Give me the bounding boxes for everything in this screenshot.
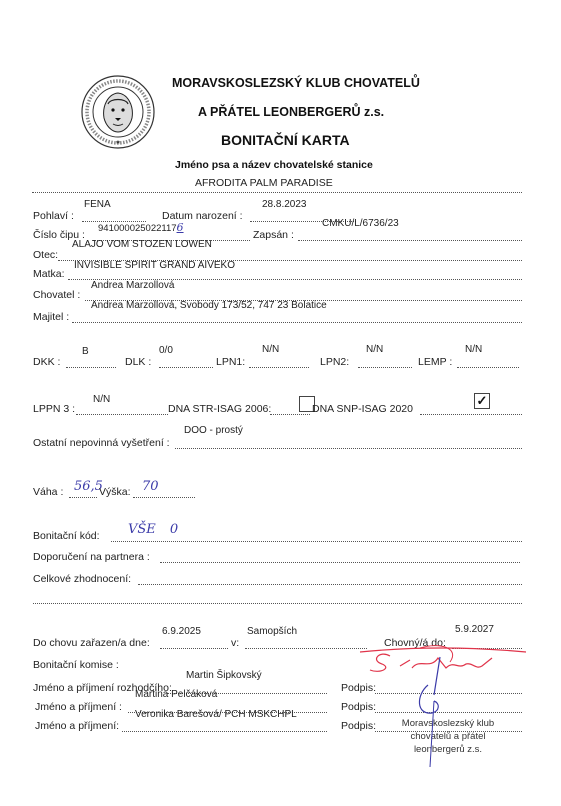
chip-handwritten-digit: 6	[177, 221, 184, 234]
dlk-label: DLK :	[125, 356, 151, 368]
dna-snp-label: DNA SNP-ISAG 2020	[312, 403, 413, 415]
breeding-date-line	[160, 648, 228, 649]
lpn2-line	[358, 367, 412, 368]
member3-name: Veronika Barešová/ PCH MSKCHPL	[135, 709, 297, 720]
overall-line-2	[33, 603, 522, 604]
chip-number: 941000025022117	[98, 223, 177, 234]
member2-label: Jméno a příjmení :	[35, 701, 122, 713]
chip-value: 9410000250221176	[98, 221, 184, 234]
dog-name: AFRODITA PALM PARADISE	[195, 177, 333, 189]
registered-line	[298, 240, 522, 241]
bonitation-code-value: VŠE 0	[128, 522, 178, 537]
lppn3-line	[76, 414, 168, 415]
lemp-line	[457, 367, 519, 368]
dkk-line	[66, 367, 116, 368]
lpn2-value: N/N	[366, 344, 383, 355]
height-line	[133, 497, 195, 498]
lpn1-label: LPN1:	[216, 356, 245, 368]
sire-value: ALAJO VOM STOZEN LOWEN	[72, 239, 212, 250]
club-seal-leonberger-icon: ✱	[80, 74, 156, 150]
club-logo: ✱	[80, 74, 156, 150]
judge-name: Martin Šipkovský	[186, 670, 262, 681]
height-label: Výška:	[99, 486, 131, 498]
sex-value: FENA	[84, 199, 111, 210]
breeding-date-value: 6.9.2025	[162, 626, 201, 637]
dog-name-line	[32, 192, 522, 193]
owner-value: Andrea Marzollová, Svobody 173/52, 747 2…	[91, 300, 327, 311]
breeder-label: Chovatel :	[33, 289, 80, 301]
dog-name-label: Jméno psa a název chovatelské stanice	[175, 159, 373, 171]
registered-label: Zapsán :	[253, 229, 294, 241]
height-value: 70	[142, 479, 159, 494]
dna-str-label: DNA STR-ISAG 2006:	[168, 403, 271, 415]
breeding-until-value: 5.9.2027	[455, 624, 494, 635]
dam-label: Matka:	[33, 268, 65, 280]
other-tests-label: Ostatní nepovinná vyšetření :	[33, 437, 170, 449]
svg-text:✱: ✱	[116, 140, 120, 146]
partner-label: Doporučení na partnera :	[33, 551, 150, 563]
lpn2-label: LPN2:	[320, 356, 349, 368]
breeding-place-value: Samopších	[247, 626, 297, 637]
club-name-line2: A PŘÁTEL LEONBERGERŮ z.s.	[198, 105, 384, 119]
blue-signature-icon	[410, 655, 450, 775]
member2-signature-label: Podpis:	[341, 701, 376, 713]
dkk-value: B	[82, 346, 89, 357]
dna-snp-line	[420, 414, 522, 415]
overall-line	[138, 584, 522, 585]
member3-signature-label: Podpis:	[341, 720, 376, 732]
owner-label: Majitel :	[33, 311, 69, 323]
dob-value: 28.8.2023	[262, 199, 307, 210]
committee-title: Bonitační komise :	[33, 659, 119, 671]
club-name-line1: MORAVSKOSLEZSKÝ KLUB CHOVATELŮ	[172, 76, 420, 90]
dkk-label: DKK :	[33, 356, 60, 368]
breeding-place-line	[245, 648, 367, 649]
lppn3-label: LPPN 3 :	[33, 403, 75, 415]
dna-snp-checkbox[interactable]: ✓	[474, 393, 490, 409]
dlk-line	[159, 367, 213, 368]
other-tests-value: DOO - prostý	[184, 425, 243, 436]
lemp-label: LEMP :	[418, 356, 452, 368]
lpn1-line	[249, 367, 309, 368]
bonitation-code-line	[111, 541, 522, 542]
lpn1-value: N/N	[262, 344, 279, 355]
member3-line	[122, 731, 327, 732]
bonitation-code-label: Bonitační kód:	[33, 530, 100, 542]
overall-label: Celkové zhodnocení:	[33, 573, 131, 585]
dna-str-line	[270, 414, 310, 415]
breeder-value: Andrea Marzollová	[91, 280, 174, 291]
registered-value: CMKU/L/6736/23	[322, 218, 399, 229]
member3-label: Jméno a příjmení:	[35, 720, 119, 732]
owner-line	[72, 322, 522, 323]
judge-signature-label: Podpis:	[341, 682, 376, 694]
breeding-date-label: Do chovu zařazen/a dne:	[33, 637, 150, 649]
breeding-place-label: v:	[231, 637, 239, 649]
document-title: BONITAČNÍ KARTA	[221, 132, 350, 148]
member2-name: Martina Pelčáková	[135, 689, 217, 700]
sex-label: Pohlaví :	[33, 210, 74, 222]
partner-line	[160, 562, 520, 563]
lppn3-value: N/N	[93, 394, 110, 405]
sire-label: Otec:	[33, 249, 58, 261]
other-tests-line	[175, 448, 522, 449]
weight-line	[69, 497, 97, 498]
dam-value: INVISIBLE SPIRIT GRAND AIVEKO	[74, 260, 235, 271]
weight-label: Váha :	[33, 486, 63, 498]
lemp-value: N/N	[465, 344, 482, 355]
dlk-value: 0/0	[159, 345, 173, 356]
